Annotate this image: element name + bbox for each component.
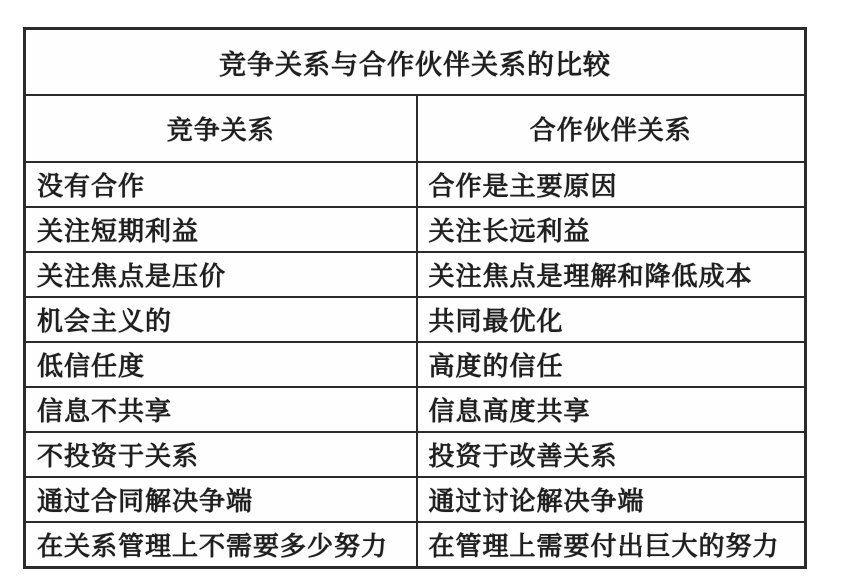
table-row: 机会主义的 共同最优化 — [25, 297, 806, 342]
cell-competitive: 低信任度 — [25, 342, 417, 387]
cell-partnership: 高度的信任 — [417, 342, 806, 387]
table-header-row: 竞争关系 合作伙伴关系 — [25, 95, 806, 162]
cell-competitive: 不投资于关系 — [25, 432, 417, 477]
table-row: 低信任度 高度的信任 — [25, 342, 806, 387]
table-row: 信息不共享 信息高度共享 — [25, 387, 806, 432]
table-title: 竞争关系与合作伙伴关系的比较 — [25, 29, 806, 96]
table-row: 没有合作 合作是主要原因 — [25, 162, 806, 207]
cell-competitive: 机会主义的 — [25, 297, 417, 342]
cell-partnership: 在管理上需要付出巨大的努力 — [417, 522, 806, 568]
cell-competitive: 通过合同解决争端 — [25, 477, 417, 522]
table-row: 通过合同解决争端 通过讨论解决争端 — [25, 477, 806, 522]
table-row: 关注短期利益 关注长远利益 — [25, 207, 806, 252]
comparison-table: 竞争关系与合作伙伴关系的比较 竞争关系 合作伙伴关系 没有合作 合作是主要原因 … — [23, 27, 807, 569]
table-row: 关注焦点是压价 关注焦点是理解和降低成本 — [25, 252, 806, 297]
cell-partnership: 信息高度共享 — [417, 387, 806, 432]
cell-competitive: 在关系管理上不需要多少努力 — [25, 522, 417, 568]
table-title-row: 竞争关系与合作伙伴关系的比较 — [25, 29, 806, 96]
cell-partnership: 关注焦点是理解和降低成本 — [417, 252, 806, 297]
table-row: 不投资于关系 投资于改善关系 — [25, 432, 806, 477]
cell-partnership: 关注长远利益 — [417, 207, 806, 252]
column-header-partnership: 合作伙伴关系 — [417, 95, 806, 162]
cell-competitive: 没有合作 — [25, 162, 417, 207]
column-header-competitive: 竞争关系 — [25, 95, 417, 162]
table-row: 在关系管理上不需要多少努力 在管理上需要付出巨大的努力 — [25, 522, 806, 568]
cell-competitive: 关注焦点是压价 — [25, 252, 417, 297]
cell-partnership: 投资于改善关系 — [417, 432, 806, 477]
cell-partnership: 共同最优化 — [417, 297, 806, 342]
cell-competitive: 信息不共享 — [25, 387, 417, 432]
cell-partnership: 通过讨论解决争端 — [417, 477, 806, 522]
cell-partnership: 合作是主要原因 — [417, 162, 806, 207]
cell-competitive: 关注短期利益 — [25, 207, 417, 252]
